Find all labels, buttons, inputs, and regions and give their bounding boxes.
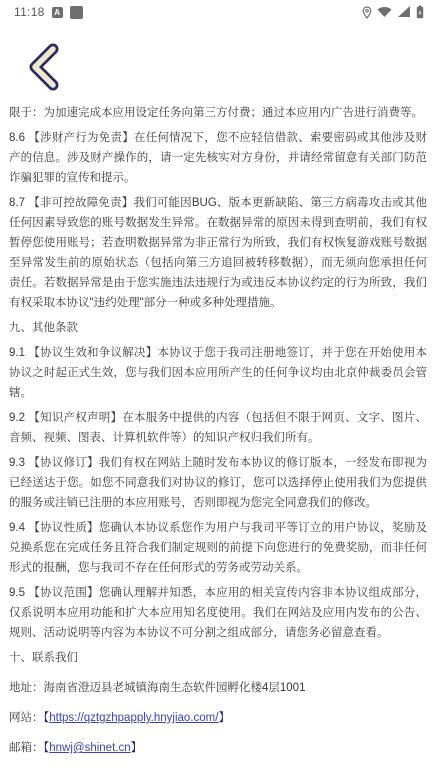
- clock-text: 11:18: [14, 5, 45, 19]
- bracket-close: 】: [218, 712, 230, 724]
- paragraph-9-1: 9.1 【协议生效和争议解决】本协议于您于我司注册地签订，并于您在开始使用本协议…: [9, 343, 427, 403]
- notification-a-icon: A: [52, 7, 63, 18]
- email-link[interactable]: hnwj@shinet.cn: [49, 742, 130, 754]
- bracket-close: 】: [131, 742, 143, 754]
- address-label: 地址：: [9, 682, 44, 694]
- contact-email-line: 邮箱：【hnwj@shinet.cn】: [9, 738, 427, 758]
- wifi-icon: [377, 6, 392, 18]
- address-value: 海南省澄迈县老城镇海南生态软件园孵化楼4层1001: [44, 682, 306, 694]
- signal-icon: [397, 6, 411, 18]
- status-bar-right: [362, 5, 424, 19]
- website-link[interactable]: https://qztgzhpapply.hnyjiao.com/: [49, 712, 218, 724]
- paragraph-8-6: 8.6 【涉财产行为免责】在任何情况下，您不应轻信借款、索要密码或其他涉及财产的…: [9, 128, 427, 188]
- email-label: 邮箱：: [9, 742, 44, 754]
- battery-icon: [416, 5, 424, 19]
- agreement-text: 限于：为加速完成本应用设定任务向第三方付费；通过本应用内广告进行消费等。 8.6…: [0, 98, 436, 768]
- location-icon: [362, 6, 372, 19]
- status-bar: 11:18 A: [0, 0, 436, 22]
- contact-website-line: 网站：【https://qztgzhpapply.hnyjiao.com/】: [9, 708, 427, 728]
- paragraph-9-3: 9.3 【协议修订】我们有权在网站上随时发布本协议的修订版本，一经发布即视为已经…: [9, 453, 427, 513]
- notification-app-icon: [70, 6, 83, 19]
- paragraph-9-2: 9.2 【知识产权声明】在本服务中提供的内容（包括但不限于网页、文字、图片、音频…: [9, 408, 427, 448]
- paragraph-9-5: 9.5 【协议范围】您确认理解并知悉，本应用的相关宣传内容非本协议组成部分，仅系…: [9, 583, 427, 643]
- contact-address-line: 地址：海南省澄迈县老城镇海南生态软件园孵化楼4层1001: [9, 678, 427, 698]
- chevron-left-icon: [22, 82, 64, 97]
- section-heading-9: 九、其他条款: [9, 318, 427, 338]
- status-bar-left: 11:18 A: [14, 5, 83, 19]
- paragraph-8-7: 8.7 【非可控故障免责】我们可能因BUG、版本更新缺陷、第三方病毒攻击或其他任…: [9, 193, 427, 313]
- section-heading-10: 十、联系我们: [9, 648, 427, 668]
- agreement-page: 11:18 A: [0, 0, 436, 776]
- paragraph-9-4: 9.4 【协议性质】您确认本协议系您作为用户与我司平等订立的用户协议，奖励及兑换…: [9, 518, 427, 578]
- back-button[interactable]: [22, 40, 64, 94]
- website-label: 网站：: [9, 712, 44, 724]
- paragraph-continuation: 限于：为加速完成本应用设定任务向第三方付费；通过本应用内广告进行消费等。: [9, 103, 427, 123]
